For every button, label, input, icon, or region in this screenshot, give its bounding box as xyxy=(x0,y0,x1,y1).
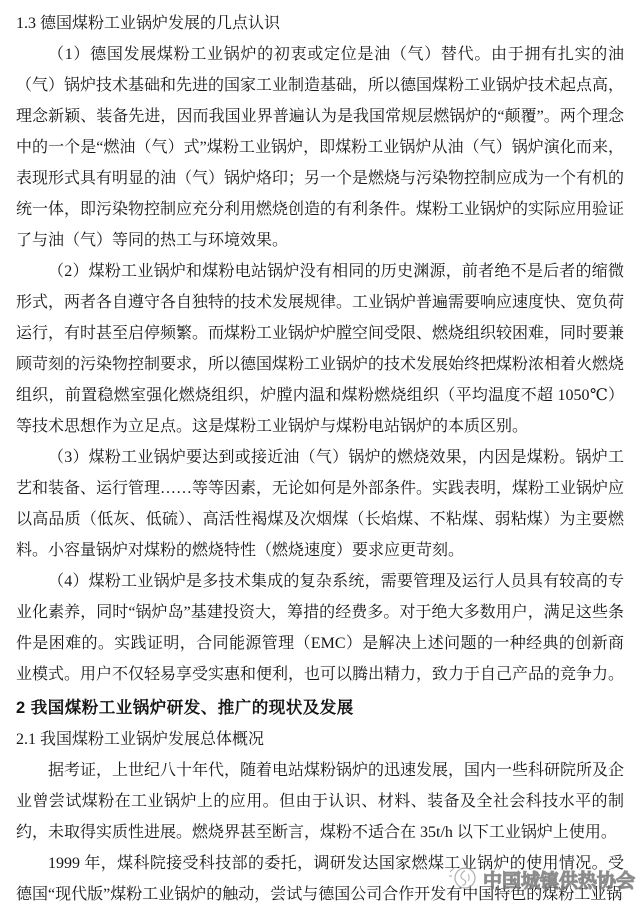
paragraph-6: 1999 年，煤科院接受科技部的委托，调研发达国家燃煤工业锅炉的使用情况。受德国… xyxy=(16,848,624,905)
paragraph-3: （3）煤粉工业锅炉要达到或接近油（气）锅炉的燃烧效果，内因是煤粉。锅炉工艺和装备… xyxy=(16,442,624,566)
paragraph-1: （1）德国发展煤粉工业锅炉的初衷或定位是油（气）替代。由于拥有扎实的油（气）锅炉… xyxy=(16,39,624,256)
section-heading-1-3: 1.3 德国煤粉工业锅炉发展的几点认识 xyxy=(16,8,624,39)
paragraph-2: （2）煤粉工业锅炉和煤粉电站锅炉没有相同的历史渊源，前者绝不是后者的缩微形式，两… xyxy=(16,256,624,442)
document-body: 1.3 德国煤粉工业锅炉发展的几点认识 （1）德国发展煤粉工业锅炉的初衷或定位是… xyxy=(0,0,640,905)
paragraph-4: （4）煤粉工业锅炉是多技术集成的复杂系统，需要管理及运行人员具有较高的专业化素养… xyxy=(16,566,624,690)
document-page: { "page": { "background": "#ffffff", "te… xyxy=(0,0,640,905)
section-heading-2-1: 2.1 我国煤粉工业锅炉发展总体概况 xyxy=(16,724,624,755)
chapter-heading-2: 2 我国煤粉工业锅炉研发、推广的现状及发展 xyxy=(16,693,624,724)
paragraph-5: 据考证，上世纪八十年代，随着电站煤粉锅炉的迅速发展，国内一些科研院所及企业曾尝试… xyxy=(16,755,624,848)
